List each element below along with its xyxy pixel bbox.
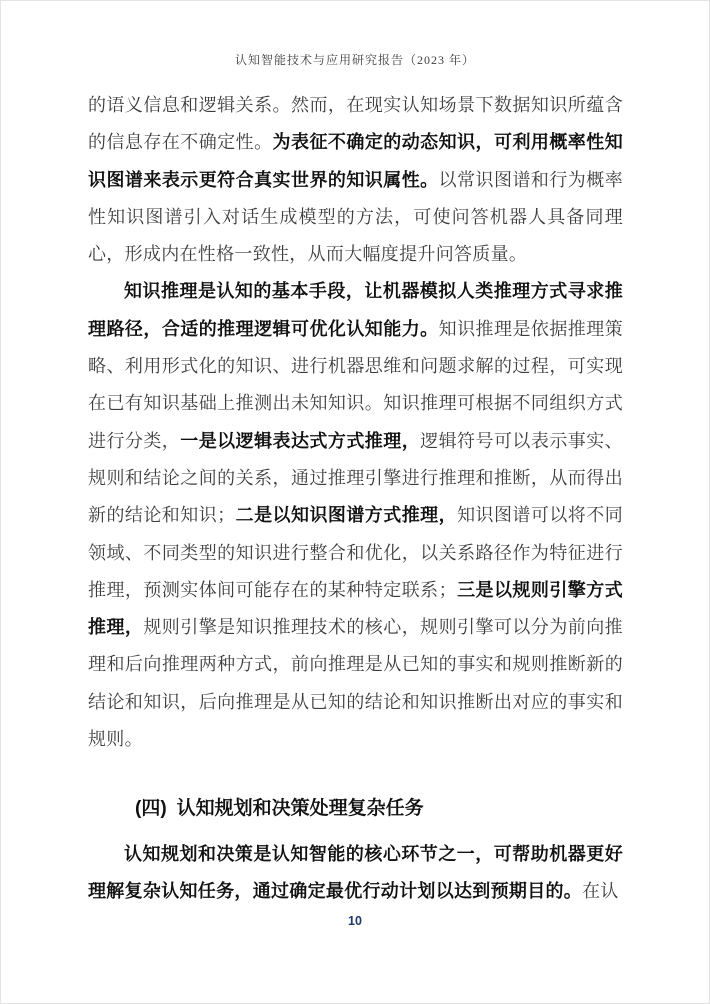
body-text-run: 在认 [582, 881, 619, 901]
body-paragraph-1: 的语义信息和逻辑关系。然而，在现实认知场景下数据知识所蕴含的信息存在不确定性。为… [88, 87, 623, 273]
document-page: 认知智能技术与应用研究报告（2023 年） 的语义信息和逻辑关系。然而，在现实认… [0, 0, 710, 1004]
section-heading-title: 认知规划和决策处理复杂任务 [177, 798, 424, 819]
section-heading-number: (四) [135, 798, 167, 819]
body-text-run: 规则引擎是知识推理技术的核心，规则引擎可以分为前向推理和后向推理两种方式，前向推… [88, 617, 623, 749]
emphasized-text-run: 二是以知识图谱方式推理， [235, 505, 457, 525]
section-heading: (四)认知规划和决策处理复杂任务 [88, 790, 623, 827]
page-number: 10 [0, 913, 710, 929]
emphasized-text-run: 认知规划和决策是认知智能的核心环节之一，可帮助机器更好理解复杂认知任务，通过确定… [88, 844, 623, 901]
running-header: 认知智能技术与应用研究报告（2023 年） [0, 52, 710, 68]
body-paragraph-2: 知识推理是认知的基本手段，让机器模拟人类推理方式寻求推理路径，合适的推理逻辑可优… [88, 273, 623, 758]
body-paragraph-3: 认知规划和决策是认知智能的核心环节之一，可帮助机器更好理解复杂认知任务，通过确定… [88, 836, 623, 911]
emphasized-text-run: 一是以逻辑表达式方式推理， [180, 431, 420, 451]
document-body: 的语义信息和逻辑关系。然而，在现实认知场景下数据知识所蕴含的信息存在不确定性。为… [88, 87, 623, 910]
